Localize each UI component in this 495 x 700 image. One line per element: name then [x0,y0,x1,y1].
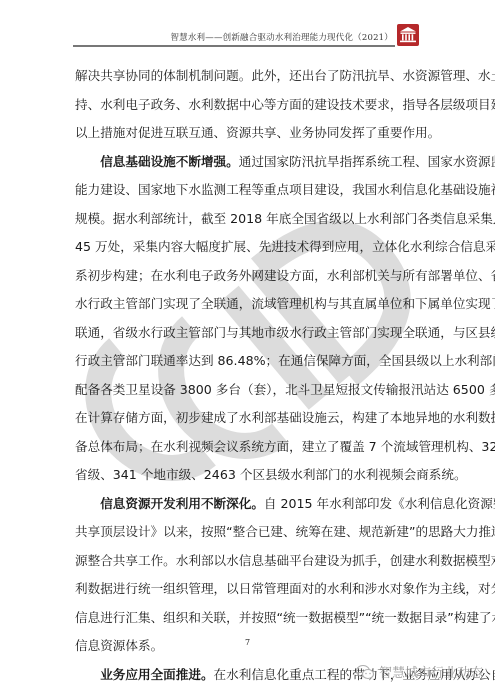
text-line: 行政主管部门联通率达到 86.48%；在通信保障方面，全国县级以上水利部门共 [75,347,421,376]
text-line: 解决共享协同的体制机制问题。此外，还出台了防汛抗旱、水资源管理、水土保 [75,62,421,91]
text-line: 信息进行汇集、组织和关联，并按照“统一数据模型”“统一数据目录”构建了水利 [75,604,421,633]
text-line: 能力建设、国家地下水监测工程等重点项目建设，我国水利信息化基础设施初具 [75,176,421,205]
page-number: 7 [245,638,250,647]
wechat-icon [355,664,375,680]
text-line: 省级、341 个地市级、2463 个区县级水利部门的水利视频会商系统。 [75,461,421,490]
text-line: 持、水利电子政务、水利数据中心等方面的建设技术要求，指导各层级项目建设。 [75,91,421,120]
text-line: 共享顶层设计》以来，按照“整合已建、统筹在建、规范新建”的思路大力推进资 [75,518,421,547]
paragraph-resources: 信息资源开发利用不断深化。自 2015 年水利部印发《水利信息化资源整合 共享顶… [75,490,421,661]
text-line: 利数据进行统一组织管理，以日常管理面对的水利和涉水对象作为主线，对分散 [75,575,421,604]
text-line: 备总体布局；在水利视频会议系统方面，建立了覆盖 7 个流域管理机构、32 个 [75,433,421,462]
text-line: 45 万处，采集内容大幅度扩展、先进技术得到应用，立体化水利综合信息采集体 [75,233,421,262]
section-lead-resources: 信息资源开发利用不断深化。 [100,496,264,511]
document-body: 解决共享协同的体制机制问题。此外，还出台了防汛抗旱、水资源管理、水土保 持、水利… [75,62,421,689]
text-line: 信息基础设施不断增强。通过国家防汛抗旱指挥系统工程、国家水资源监控 [75,148,421,177]
source-tag: 智慧城市行业动态 [355,662,483,681]
page-header: 智慧水利——创新融合驱动水利治理能力现代化（2021） [73,22,419,48]
text-line: 系初步构建；在水利电子政务外网建设方面，水利部机关与所有部署单位、省级 [75,262,421,291]
text-line: 水行政主管部门实现了全联通，流域管理机构与其直属单位和下属单位实现了全 [75,290,421,319]
text-line: 源整合共享工作。水利部以水信息基础平台建设为抓手，创建水利数据模型对水 [75,547,421,576]
text-line: 规模。据水利部统计，截至 2018 年底全国省级以上水利部门各类信息采集点达 [75,205,421,234]
section-lead-applications: 业务应用全面推进。 [100,667,213,682]
section-lead-infrastructure: 信息基础设施不断增强。 [100,154,239,169]
text-line: 信息资源开发利用不断深化。自 2015 年水利部印发《水利信息化资源整合 [75,490,421,519]
text-line: 配备各类卫星设备 3800 多台（套），北斗卫星短报文传输报汛站达 6500 多… [75,376,421,405]
text-line: 联通，省级水行政主管部门与其地市级水行政主管部门实现全联通，与区县级水 [75,319,421,348]
text-line: 以上措施对促进互联互通、资源共享、业务协同发挥了重要作用。 [75,119,421,148]
paragraph-coordination: 解决共享协同的体制机制问题。此外，还出台了防汛抗旱、水资源管理、水土保 持、水利… [75,62,421,148]
institution-building-icon [397,24,419,46]
paragraph-infrastructure: 信息基础设施不断增强。通过国家防汛抗旱指挥系统工程、国家水资源监控 能力建设、国… [75,148,421,490]
header-title: 智慧水利——创新融合驱动水利治理能力现代化（2021） [170,31,393,43]
header-divider [73,45,395,47]
text-line: 在计算存储方面，初步建成了水利部基础设施云，构建了本地异地的水利数据灾 [75,404,421,433]
source-tag-label: 智慧城市行业动态 [379,662,483,681]
